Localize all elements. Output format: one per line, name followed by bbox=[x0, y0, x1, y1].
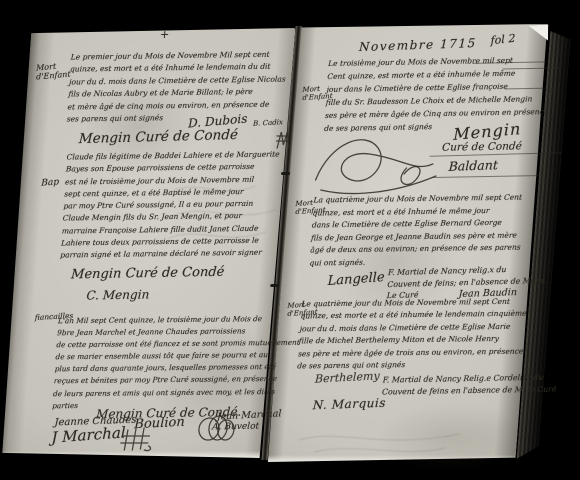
paraph-crosshatch-flourish bbox=[118, 426, 154, 454]
signature-cure-conde: Mengin Curé de Condé bbox=[71, 265, 225, 283]
signature-martial-de-nancy: F. Martial de Nancy Relig.e Cordelier du… bbox=[382, 371, 558, 397]
burial-entry-nicolas-aubry: Le premier jour du Mois de Novembre Mil … bbox=[66, 48, 287, 125]
signature-c-mengin: C. Mengin bbox=[86, 287, 150, 302]
register-book: + Mortd'Enfant Le premier jour du Mois d… bbox=[0, 22, 570, 468]
cross-mark: + bbox=[160, 28, 170, 41]
betrothal-entry-marchel-chaudes: L'an Mil sept Cent quinze, le troisième … bbox=[52, 313, 302, 412]
burial-entry-marie-berthelemy: Le quatrième jour du Mois de Novembre mi… bbox=[297, 296, 528, 373]
signature-n-marquis: N. Marquis bbox=[313, 396, 387, 413]
signature-baldant: Baldant bbox=[448, 157, 498, 174]
manuscript-scan: + Mortd'Enfant Le premier jour du Mois d… bbox=[0, 0, 580, 480]
bleedthrough-ghost bbox=[294, 420, 467, 460]
margin-note-mort-enfant: Mortd'Enfant bbox=[36, 61, 71, 82]
margin-note-bap: Bap bbox=[41, 177, 59, 188]
binding-stitch bbox=[270, 284, 279, 287]
signature-buvelot: A. Buvelot bbox=[212, 422, 260, 433]
text-line: de leurs parens et amis qui ont signés a… bbox=[53, 385, 297, 400]
signature-cure-title: Curé de Condé bbox=[442, 140, 523, 153]
baptism-entry-claude-lahiere: Claude fils légitime de Baddei Lahiere e… bbox=[60, 149, 280, 263]
burial-entry-bernard-george: La quatrième jour du Mois de Novembre mi… bbox=[309, 192, 524, 270]
folio-number: fol 2 bbox=[490, 32, 515, 48]
